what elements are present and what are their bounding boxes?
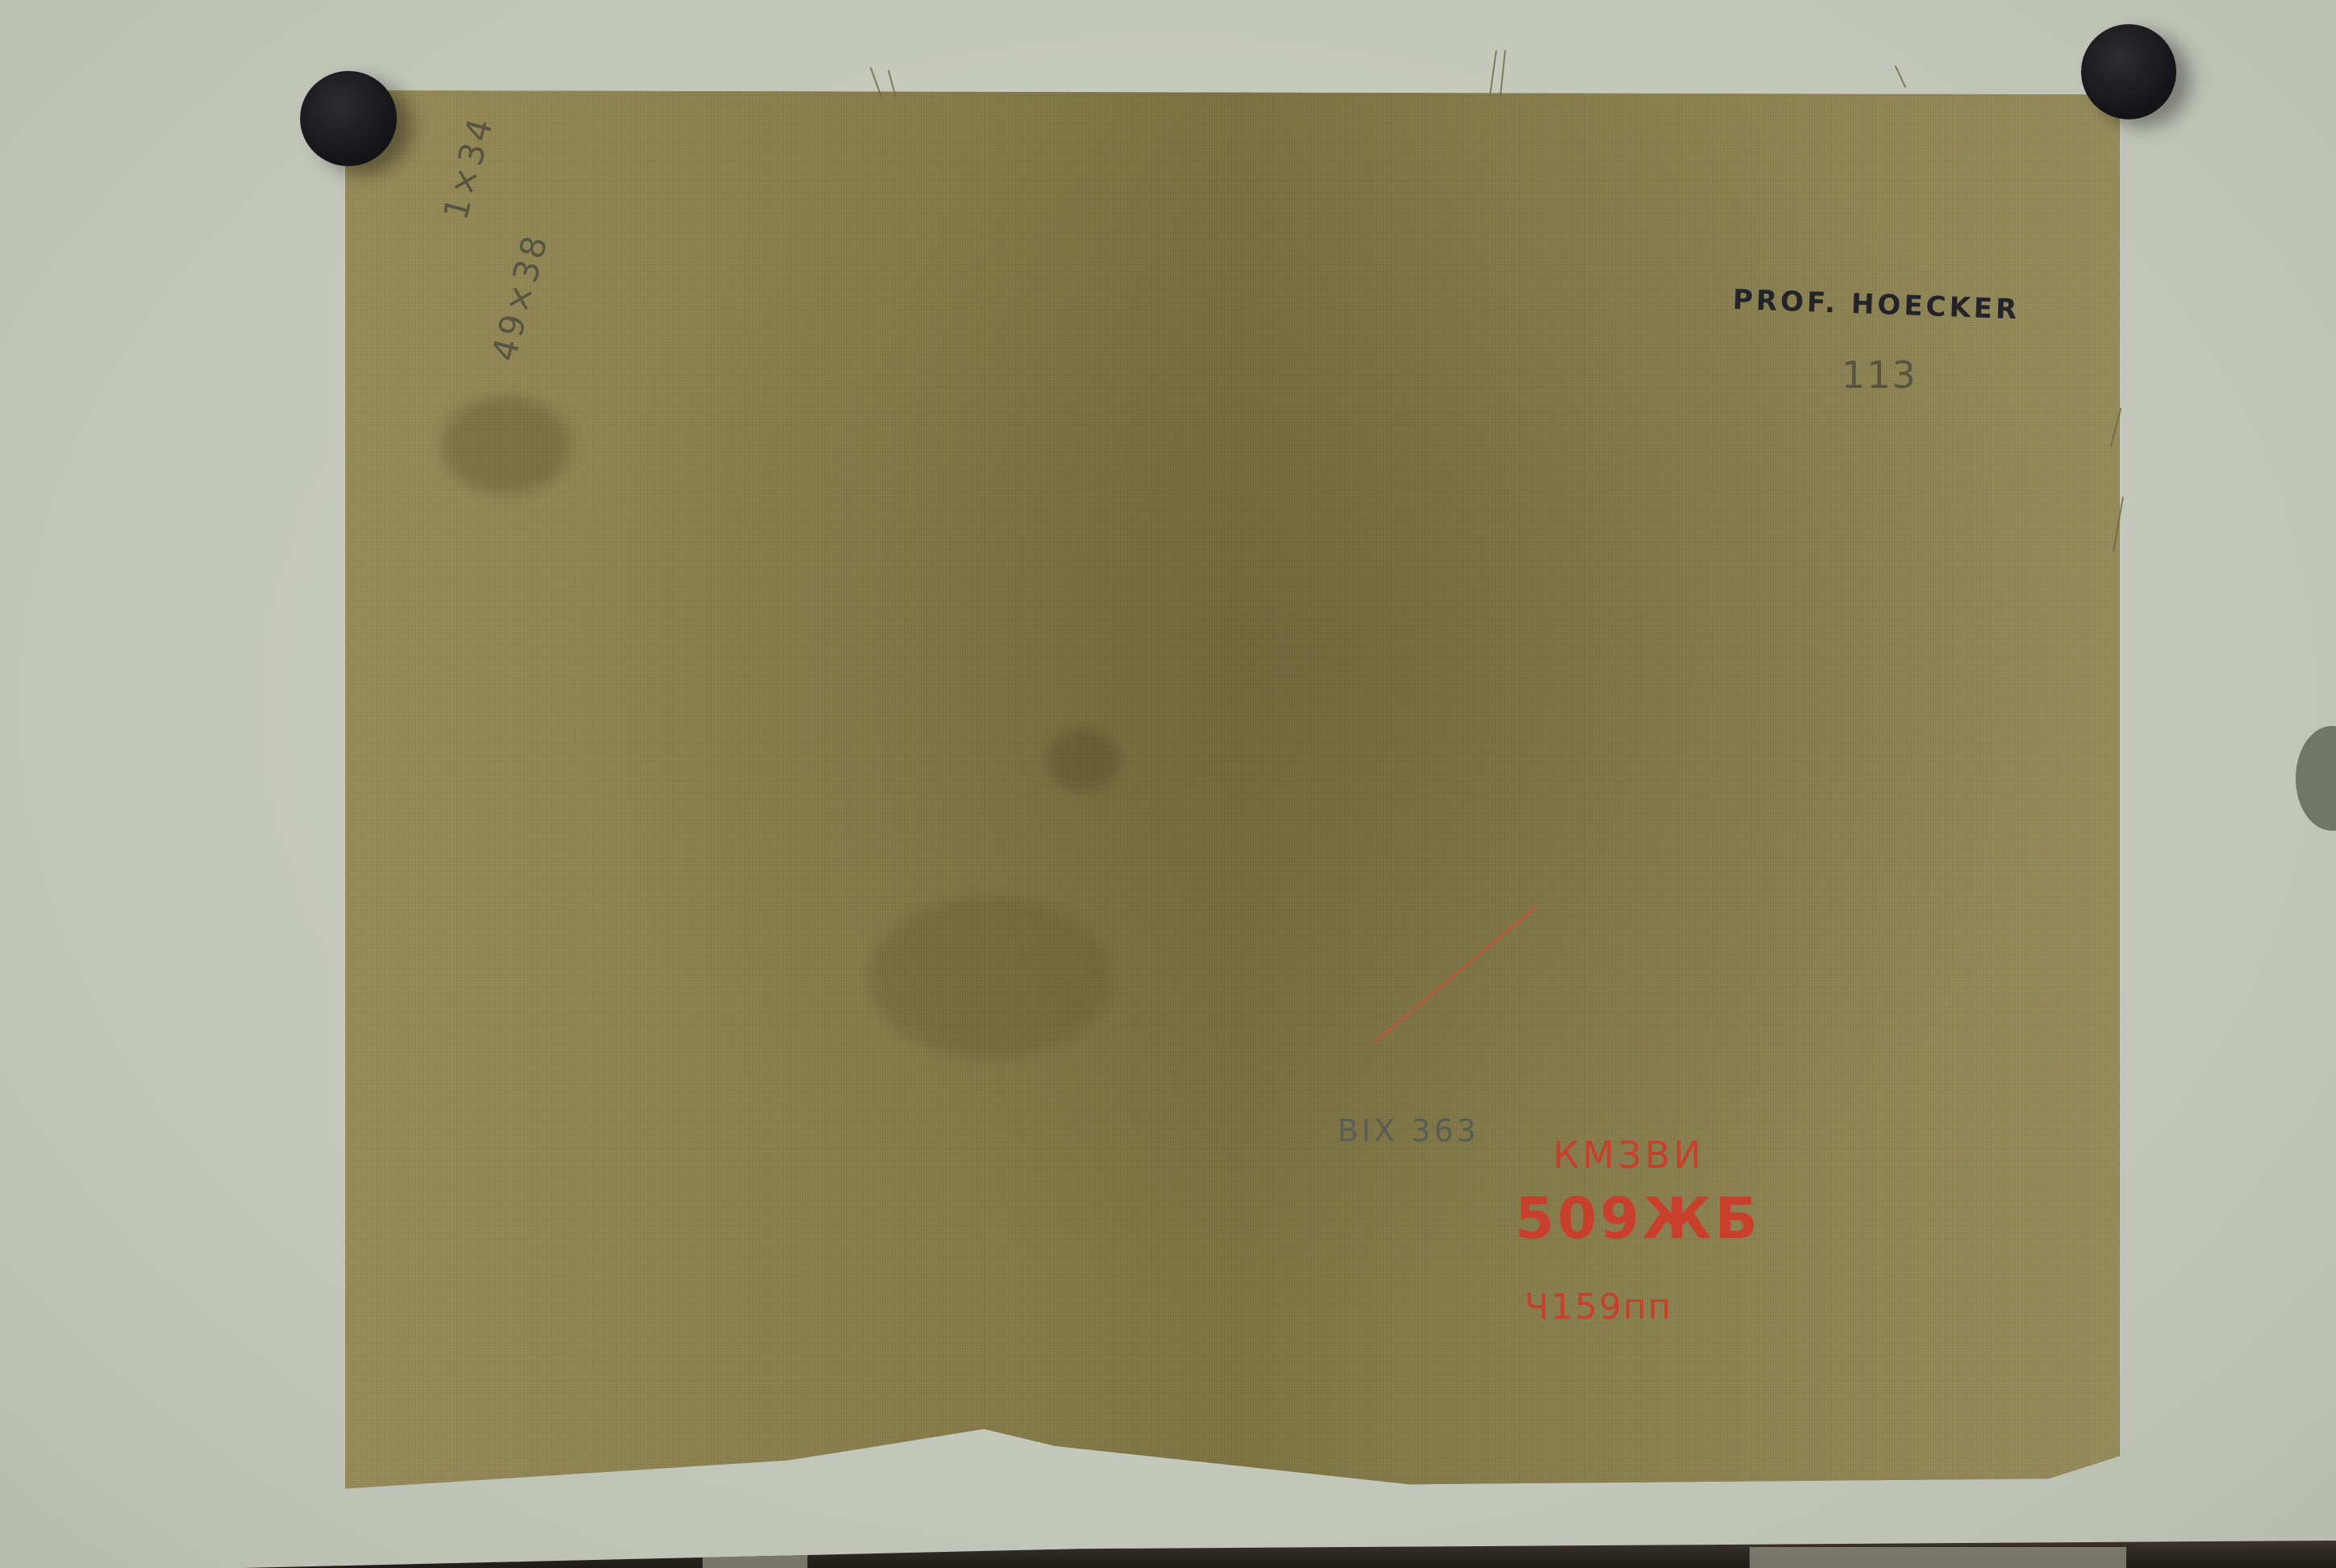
red-inventory-line-1: КМЗВИ	[1553, 1133, 1704, 1177]
red-inventory-line-3: Ч159пп	[1525, 1287, 1673, 1328]
top-left-pin	[300, 71, 397, 166]
red-inventory-line-2: 509ЖБ	[1515, 1186, 1761, 1252]
canvas-stain	[1047, 728, 1120, 792]
canvas-stain	[870, 897, 1112, 1058]
catalog-number-113: 113	[1842, 353, 1917, 397]
top-right-pin	[2081, 24, 2176, 119]
canvas-stain	[442, 397, 571, 494]
gray-inventory-stamp: BIX 363	[1337, 1113, 1479, 1149]
